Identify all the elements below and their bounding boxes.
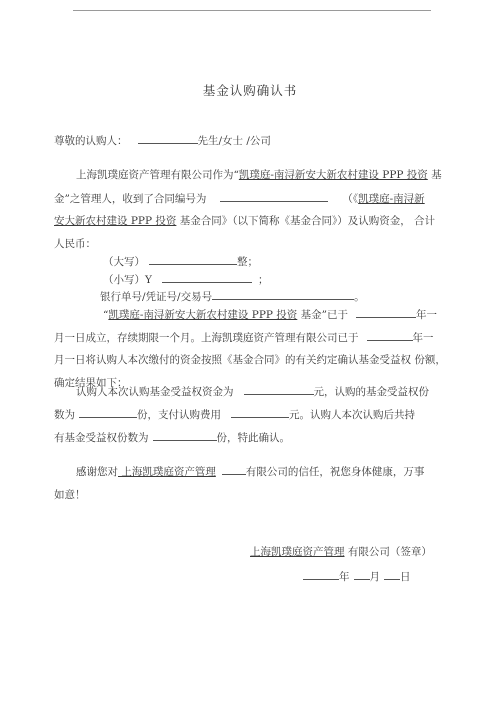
day-label: 日 <box>400 571 411 583</box>
header-rule <box>73 10 431 11</box>
para3-text: 有基金受益权份数为 <box>54 432 149 444</box>
para2-line2: 月一日成立，存续期限一个月。上海凯璞庭资产管理有限公司已于年一 <box>54 330 434 345</box>
para1-text: （《 <box>342 193 358 205</box>
signature-company: 上海凯璞庭资产管理 <box>250 546 345 558</box>
para3-text: 认购人本次认购基金受益权资金为 <box>76 386 234 398</box>
amount-upper-line: （大写）整； <box>103 254 258 269</box>
month-blank <box>354 569 370 580</box>
thanks-line2: 如意！ <box>54 488 86 502</box>
para1-line1: 上海凯璞庭资产管理有限公司作为“凯璞庭-南浔新安大新农村建设 PPP 投资 基 <box>76 168 442 182</box>
para2-line3: 月一日将认购人本次缴付的资金按照《基金合同》的有关约定确认基金受益权 份额， <box>54 353 446 367</box>
fund-name: 凯璞庭-南浔新 <box>358 193 425 205</box>
subscriber-name-blank <box>138 133 198 144</box>
thanks-text: 有限公司的信任，祝您身体健康，万事 <box>246 466 425 478</box>
establish-year-blank <box>356 307 416 318</box>
para1-text: 金”之管理人，收到了合同编号为 <box>54 193 206 205</box>
para2-text: 月一日成立，存续期限一个月。上海凯璞庭资产管理有限公司已于 <box>54 332 359 344</box>
document-title: 基金认购确认书 <box>0 81 500 99</box>
para1-line4: 人民币： <box>54 237 96 251</box>
amount-upper-label: （大写） <box>103 256 145 268</box>
para2-text: 年一 <box>413 332 434 344</box>
amount-upper-blank <box>149 254 237 265</box>
para3-text: 份，特此确认。 <box>217 432 291 444</box>
fund-name: 凯璞庭-南浔新安大新农村建设 PPP 投资 <box>239 169 428 181</box>
para1-text: 基金合同》（以下简称《基金合同》）及认购资金， 合计 <box>176 215 435 227</box>
amount-upper-suffix: 整； <box>237 256 258 268</box>
company-blank <box>222 464 246 475</box>
salutation-line: 尊敬的认购人：先生/女士 /公司 <box>54 133 271 148</box>
bank-ref-line: 银行单号/凭证号/交易号。 <box>100 289 365 304</box>
contract-number-blank <box>220 191 328 202</box>
day-blank <box>384 569 400 580</box>
para2-line1: “凯璞庭-南浔新安大新农村建设 PPP 投资 基金”已于年一 <box>103 307 437 322</box>
para3-line1: 认购人本次认购基金受益权资金为元，认购的基金受益权份 <box>76 384 429 399</box>
para1-text: 基 <box>428 169 442 181</box>
signature-suffix: 有限公司（签章） <box>345 546 432 558</box>
para3-text: 元，认购的基金受益权份 <box>314 386 430 398</box>
para2-text: 年一 <box>416 309 437 321</box>
thanks-line1: 感谢您对 上海凯璞庭资产管理有限公司的信任，祝您身体健康，万事 <box>76 464 424 479</box>
para3-text: 数为 <box>54 409 75 421</box>
total-units-blank <box>153 430 217 441</box>
salutation-suffix: 先生/女士 /公司 <box>198 135 271 147</box>
subscription-amount-blank <box>244 384 314 395</box>
fund-name: 安大新农村建设 PPP 投资 <box>54 215 176 227</box>
para1-line3: 安大新农村建设 PPP 投资 基金合同》（以下简称《基金合同》）及认购资金， 合… <box>54 214 435 228</box>
amount-lower-blank <box>162 272 252 283</box>
para3-text: 份，支付认购费用 <box>137 409 221 421</box>
amount-lower-line: （小写）Y； <box>103 272 268 287</box>
bank-ref-label: 银行单号/凭证号/交易号 <box>100 291 212 303</box>
fee-blank <box>231 407 289 418</box>
signature-line: 上海凯璞庭资产管理 有限公司（签章） <box>250 545 432 559</box>
year-label: 年 <box>339 571 350 583</box>
thanks-text: 感谢您对 <box>76 466 118 478</box>
para3-line3: 有基金受益权份数为份，特此确认。 <box>54 430 290 445</box>
confirm-year-blank <box>367 330 413 341</box>
para1-line2: 金”之管理人，收到了合同编号为（《凯璞庭-南浔新 <box>54 191 425 206</box>
company-name: 上海凯璞庭资产管理 <box>118 466 216 478</box>
para3-text: 元。认购人本次认购后共持 <box>289 409 415 421</box>
month-label: 月 <box>370 571 381 583</box>
para2-text: 基金”已于 <box>297 309 348 321</box>
amount-lower-suffix: ； <box>258 274 269 286</box>
salutation-prefix: 尊敬的认购人： <box>54 135 128 147</box>
date-line: 年月日 <box>303 569 411 584</box>
amount-lower-label: （小写）Y <box>103 274 152 286</box>
bank-ref-suffix: 。 <box>354 291 365 303</box>
bank-ref-blank <box>212 289 354 300</box>
para1-text: 上海凯璞庭资产管理有限公司作为“ <box>76 169 239 181</box>
units-blank <box>79 407 137 418</box>
para3-line2: 数为份，支付认购费用元。认购人本次认购后共持 <box>54 407 415 422</box>
year-blank <box>303 569 339 580</box>
fund-name: 凯璞庭-南浔新安大新农村建设 PPP 投资 <box>108 309 297 321</box>
